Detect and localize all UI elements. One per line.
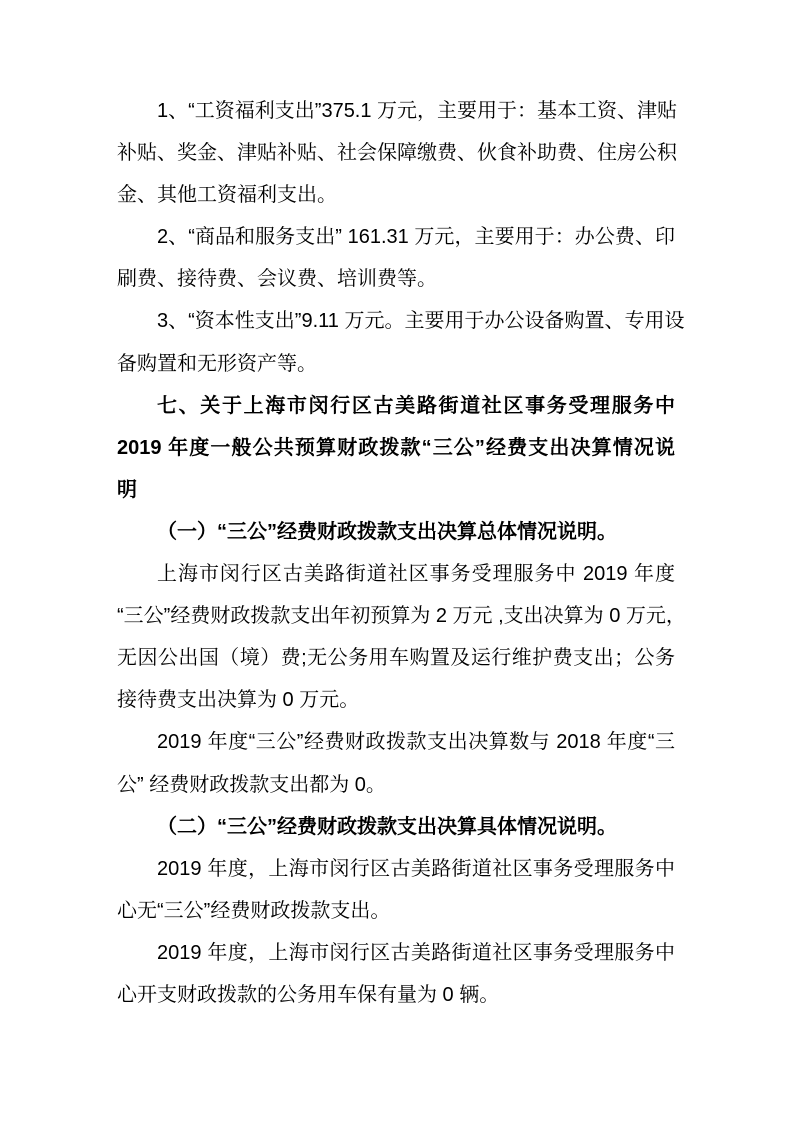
subheading-overall-situation: （一）“三公”经费财政拨款支出决算总体情况说明。: [117, 511, 675, 553]
text-line: 2、“商品和服务支出” 161.31 万元，主要用于：办公费、印: [117, 216, 675, 258]
text-line: 接待费支出决算为 0 万元。: [117, 679, 675, 721]
text-line: 2019 年度“三公”经费财政拨款支出决算数与 2018 年度“三: [117, 721, 675, 763]
text-line: 公” 经费财政拨款支出都为 0。: [117, 764, 675, 806]
text-line: 金、其他工资福利支出。: [117, 174, 675, 216]
heading-line: 明: [117, 469, 675, 511]
heading-line: 2019 年度一般公共预算财政拨款“三公”经费支出决算情况说: [117, 427, 675, 469]
text-line: 2019 年度，上海市闵行区古美路街道社区事务受理服务中: [117, 848, 675, 890]
heading-section-seven: 七、关于上海市闵行区古美路街道社区事务受理服务中 2019 年度一般公共预算财政…: [117, 385, 675, 511]
text-line: 上海市闵行区古美路街道社区事务受理服务中 2019 年度: [117, 553, 675, 595]
subheading-specific-situation: （二）“三公”经费财政拨款支出决算具体情况说明。: [117, 806, 675, 848]
paragraph-vehicle-count: 2019 年度，上海市闵行区古美路街道社区事务受理服务中 心开支财政拨款的公务用…: [117, 932, 675, 1016]
text-line: 心开支财政拨款的公务用车保有量为 0 辆。: [117, 974, 675, 1016]
heading-line: 七、关于上海市闵行区古美路街道社区事务受理服务中: [117, 385, 675, 427]
paragraph-goods-services-expense: 2、“商品和服务支出” 161.31 万元，主要用于：办公费、印 刷费、接待费、…: [117, 216, 675, 300]
text-line: “三公”经费财政拨款支出年初预算为 2 万元 ,支出决算为 0 万元，: [117, 595, 675, 637]
text-line: 刷费、接待费、会议费、培训费等。: [117, 258, 675, 300]
text-line: 无因公出国（境）费;无公务用车购置及运行维护费支出；公务: [117, 637, 675, 679]
text-line: 3、“资本性支出”9.11 万元。主要用于办公设备购置、专用设: [117, 300, 675, 342]
paragraph-wage-welfare-expense: 1、“工资福利支出”375.1 万元，主要用于：基本工资、津贴 补贴、奖金、津贴…: [117, 90, 675, 216]
text-line: 备购置和无形资产等。: [117, 343, 675, 385]
text-line: 1、“工资福利支出”375.1 万元，主要用于：基本工资、津贴: [117, 90, 675, 132]
paragraph-no-sangong-expense: 2019 年度，上海市闵行区古美路街道社区事务受理服务中 心无“三公”经费财政拨…: [117, 848, 675, 932]
heading-line: （一）“三公”经费财政拨款支出决算总体情况说明。: [117, 511, 675, 553]
text-line: 2019 年度，上海市闵行区古美路街道社区事务受理服务中: [117, 932, 675, 974]
heading-line: （二）“三公”经费财政拨款支出决算具体情况说明。: [117, 806, 675, 848]
document-body: 1、“工资福利支出”375.1 万元，主要用于：基本工资、津贴 补贴、奖金、津贴…: [117, 90, 675, 1016]
text-line: 心无“三公”经费财政拨款支出。: [117, 890, 675, 932]
paragraph-sangong-comparison: 2019 年度“三公”经费财政拨款支出决算数与 2018 年度“三 公” 经费财…: [117, 721, 675, 805]
text-line: 补贴、奖金、津贴补贴、社会保障缴费、伙食补助费、住房公积: [117, 132, 675, 174]
paragraph-capital-expense: 3、“资本性支出”9.11 万元。主要用于办公设备购置、专用设 备购置和无形资产…: [117, 300, 675, 384]
paragraph-sangong-overall: 上海市闵行区古美路街道社区事务受理服务中 2019 年度 “三公”经费财政拨款支…: [117, 553, 675, 721]
document-page: 1、“工资福利支出”375.1 万元，主要用于：基本工资、津贴 补贴、奖金、津贴…: [0, 0, 793, 1122]
